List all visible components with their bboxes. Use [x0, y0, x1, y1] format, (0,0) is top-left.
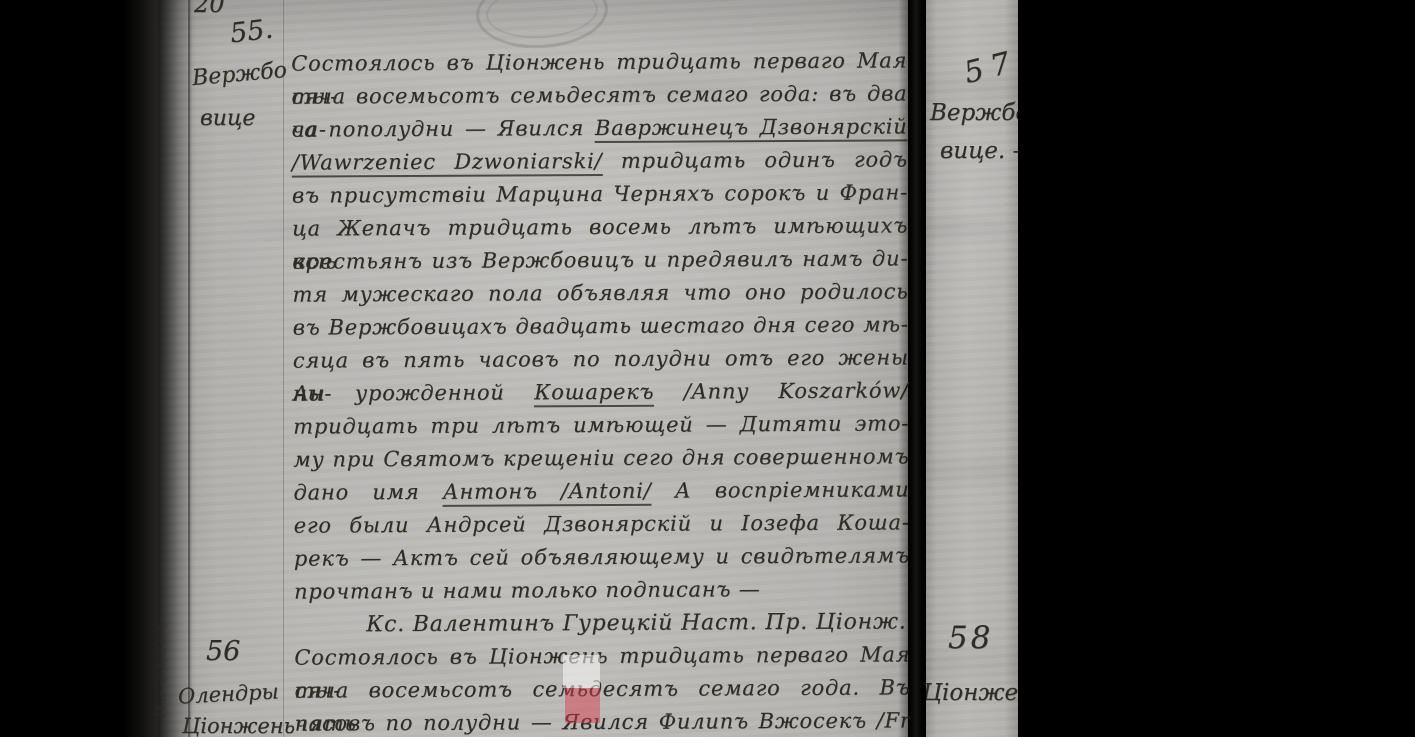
line-text: часовъ по полудни — Явился Филипъ Вжосек… — [295, 708, 911, 735]
manuscript-line: рекъ — Актъ сей объявляющему и свидѣтеля… — [294, 539, 910, 575]
manuscript-line: му при Святомъ крещеніи сего дня соверше… — [293, 440, 909, 476]
manuscript-text-column: Состоялось въ Ціонжень тридцать перваго … — [291, 44, 911, 737]
line-text: дано имя — [293, 480, 442, 505]
line-text: А воспріемниками — [652, 477, 910, 502]
record-56-place-line1: Олендры — [177, 679, 279, 708]
manuscript-line: крестьянъ изъ Вержбовицъ и предявилъ нам… — [292, 242, 908, 278]
record-55-number: 55. — [228, 13, 274, 49]
stamp-inner-ring — [484, 0, 599, 42]
margin-rule-line-inner — [283, 0, 284, 737]
margin-vertical-note: На смакъ — [152, 388, 170, 718]
line-text: крестьянъ изъ Вержбовицъ и предявилъ нам… — [292, 246, 908, 273]
line-text: /Anny Koszarków/ — [654, 378, 909, 403]
underlined-name: /Wawrzeniec Dzwoniarski/ — [292, 149, 603, 178]
manuscript-line: са пополудни — Явился Вавржинецъ Дзвоняр… — [292, 110, 908, 146]
margin-rule-line-outer — [188, 0, 190, 737]
line-text: тридцать одинъ годъ — [602, 147, 907, 173]
manuscript-line: ца Жепачъ тридцать восемь лѣтъ имѣющихъ … — [292, 209, 908, 245]
manuscript-line: Состоялось въ Ціонжень тридцать перваго … — [291, 44, 907, 80]
record-55-place-line2: вице — [200, 106, 255, 131]
record-58-place: Ціонжень — [926, 680, 1018, 706]
search-highlight-white — [563, 655, 600, 688]
line-text: ны урожденной — [293, 380, 534, 405]
book-gutter-fold — [898, 0, 928, 737]
search-highlight-red — [565, 688, 600, 723]
underlined-name: Кошарекъ — [534, 380, 654, 408]
manuscript-line: въ Вержбовицахъ двадцать шестаго дня сег… — [293, 308, 909, 344]
line-text: въ Вержбовицахъ двадцать шестаго дня сег… — [293, 312, 909, 339]
record-55-place-line1: Вержбо — [191, 58, 288, 91]
manuscript-line: тя мужескаго пола объявляя что оно родил… — [292, 275, 908, 311]
viewer-black-band-left — [0, 0, 158, 737]
manuscript-line: сяча восемьсотъ семьдесятъ семаго года. … — [294, 671, 910, 707]
underlined-name: Антонъ /Antoni/ — [443, 479, 652, 507]
manuscript-line: его были Андрсей Дзвонярскій и Іозефа Ко… — [294, 506, 910, 542]
manuscript-line: тридцать три лѣтъ имѣющей — Дитяти это- — [293, 407, 909, 443]
manuscript-line: Состоялось въ Ціонжень тридцать перваго … — [294, 638, 910, 674]
manuscript-line: сяца въ пять часовъ по полудни отъ его ж… — [293, 341, 909, 377]
manuscript-line: сяча восемьсотъ семьдесятъ семаго года: … — [291, 77, 907, 113]
record-57-number: 57 — [961, 44, 1018, 91]
line-text: тридцать три лѣтъ имѣющей — Дитяти это- — [293, 411, 909, 438]
record-57-place-line2: вице. — — [940, 138, 1018, 164]
line-text: му при Святомъ крещеніи сего дня соверше… — [293, 444, 909, 471]
manuscript-line: прочтанъ и нами только подписанъ — — [294, 572, 910, 608]
record-58-number: 58 — [948, 620, 993, 656]
manuscript-line: Кс. Валентинъ Гурецкій Наст. Пр. Ціонж. — [294, 605, 910, 641]
record-56-number: 56 — [206, 636, 240, 667]
manuscript-line: въ присутствіи Марцина Черняхъ сорокъ и … — [292, 176, 908, 212]
line-text: са пополудни — Явился — [292, 116, 595, 142]
manuscript-line: /Wawrzeniec Dzwoniarski/ тридцать одинъ … — [292, 143, 908, 179]
manuscript-line: часовъ по полудни — Явился Филипъ Вжосек… — [295, 704, 911, 737]
record-57-place-line1: Вержбо — [930, 100, 1018, 126]
line-text: Кс. Валентинъ Гурецкій Наст. Пр. Ціонж. — [366, 609, 906, 637]
line-text: его были Андрсей Дзвонярскій и Іозефа Ко… — [294, 510, 910, 537]
register-page-right-partial: 57 Вержбо вице. — 58 Ціонжень — [926, 0, 1018, 737]
manuscript-line: ны урожденной Кошарекъ /Anny Koszarków/ — [293, 374, 909, 410]
embossed-oval-stamp — [474, 0, 611, 53]
page-corner-number: 20 — [194, 0, 225, 18]
line-text: въ присутствіи Марцина Черняхъ сорокъ и … — [292, 180, 908, 207]
register-page-left: 20 55. Вержбо вице На смакъ 56 Олендры Ц… — [158, 0, 908, 737]
record-56-place-line2: Ціонжень — [182, 714, 295, 737]
viewer-black-band-right — [1018, 0, 1415, 737]
manuscript-line: дано имя Антонъ /Antoni/ А воспріемникам… — [293, 473, 909, 509]
line-text: тя мужескаго пола объявляя что оно родил… — [292, 279, 908, 306]
underlined-name: Вавржинецъ Дзвонярскій — [595, 114, 908, 143]
line-text: рекъ — Актъ сей объявляющему и свидѣтеля… — [294, 543, 910, 570]
line-text: прочтанъ и нами только подписанъ — — [294, 577, 761, 603]
